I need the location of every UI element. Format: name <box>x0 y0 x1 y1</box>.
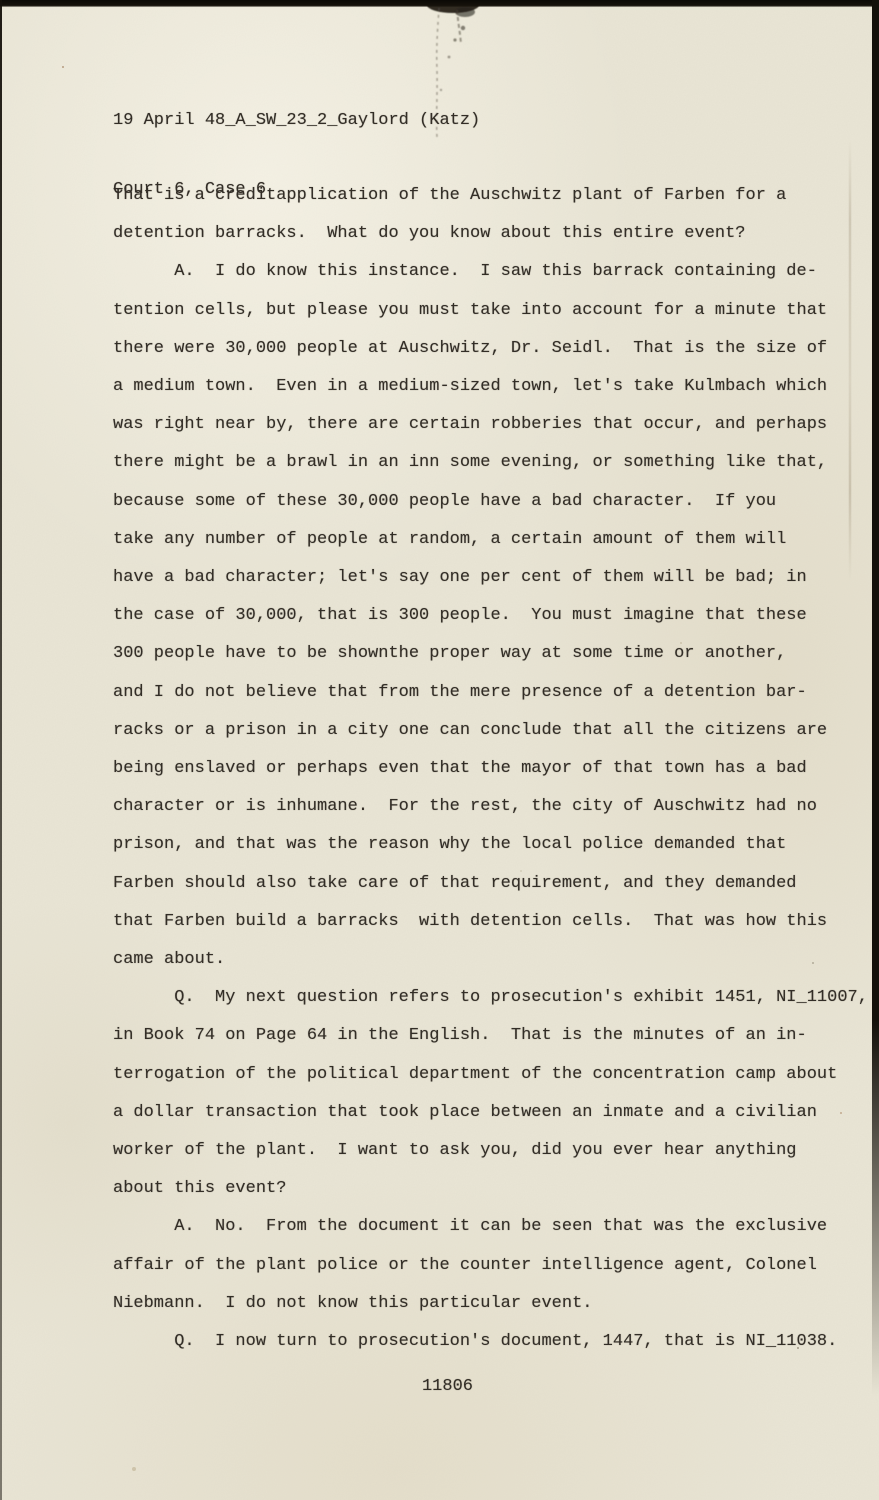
text-line: Q. I now turn to prosecution's document,… <box>113 1323 868 1361</box>
text-line: have a bad character; let's say one per … <box>113 559 868 597</box>
text-line: A. I do know this instance. I saw this b… <box>113 253 868 291</box>
text-line: detention barracks. What do you know abo… <box>113 215 868 253</box>
text-line: prison, and that was the reason why the … <box>113 826 868 864</box>
text-line: the case of 30,000, that is 300 people. … <box>113 597 868 635</box>
scan-edge-left <box>0 0 2 1500</box>
text-line: being enslaved or perhaps even that the … <box>113 750 868 788</box>
scan-edge-right <box>872 0 879 1500</box>
text-line: take any number of people at random, a c… <box>113 521 868 559</box>
scanned-page: 19 April 48_A_SW_23_2_Gaylord (Katz) Cou… <box>0 0 879 1500</box>
text-line: tention cells, but please you must take … <box>113 292 868 330</box>
text-line: there were 30,000 people at Auschwitz, D… <box>113 330 868 368</box>
text-line: terrogation of the political department … <box>113 1056 868 1094</box>
text-line: a medium town. Even in a medium-sized to… <box>113 368 868 406</box>
text-line: a dollar transaction that took place bet… <box>113 1094 868 1132</box>
text-line: character or is inhumane. For the rest, … <box>113 788 868 826</box>
text-line: was right near by, there are certain rob… <box>113 406 868 444</box>
text-line: because some of these 30,000 people have… <box>113 483 868 521</box>
text-line: Farben should also take care of that req… <box>113 865 868 903</box>
text-line: worker of the plant. I want to ask you, … <box>113 1132 868 1170</box>
page-number: 11806 <box>0 1368 879 1406</box>
text-line: that Farben build a barracks with detent… <box>113 903 868 941</box>
text-line: Q. My next question refers to prosecutio… <box>113 979 868 1017</box>
text-line: A. No. From the document it can be seen … <box>113 1208 868 1246</box>
text-line: racks or a prison in a city one can conc… <box>113 712 868 750</box>
text-line: Niebmann. I do not know this particular … <box>113 1285 868 1323</box>
text-line: in Book 74 on Page 64 in the English. Th… <box>113 1017 868 1055</box>
text-line: came about. <box>113 941 868 979</box>
text-line: there might be a brawl in an inn some ev… <box>113 444 868 482</box>
header-date-line: 19 April 48_A_SW_23_2_Gaylord (Katz) <box>113 109 480 132</box>
transcript-body: That is a creditapplication of the Ausch… <box>113 177 868 1361</box>
text-line: That is a creditapplication of the Ausch… <box>113 177 868 215</box>
text-line: 300 people have to be shownthe proper wa… <box>113 635 868 673</box>
text-line: and I do not believe that from the mere … <box>113 674 868 712</box>
text-line: about this event? <box>113 1170 868 1208</box>
scan-edge-top <box>0 0 879 7</box>
text-line: affair of the plant police or the counte… <box>113 1247 868 1285</box>
